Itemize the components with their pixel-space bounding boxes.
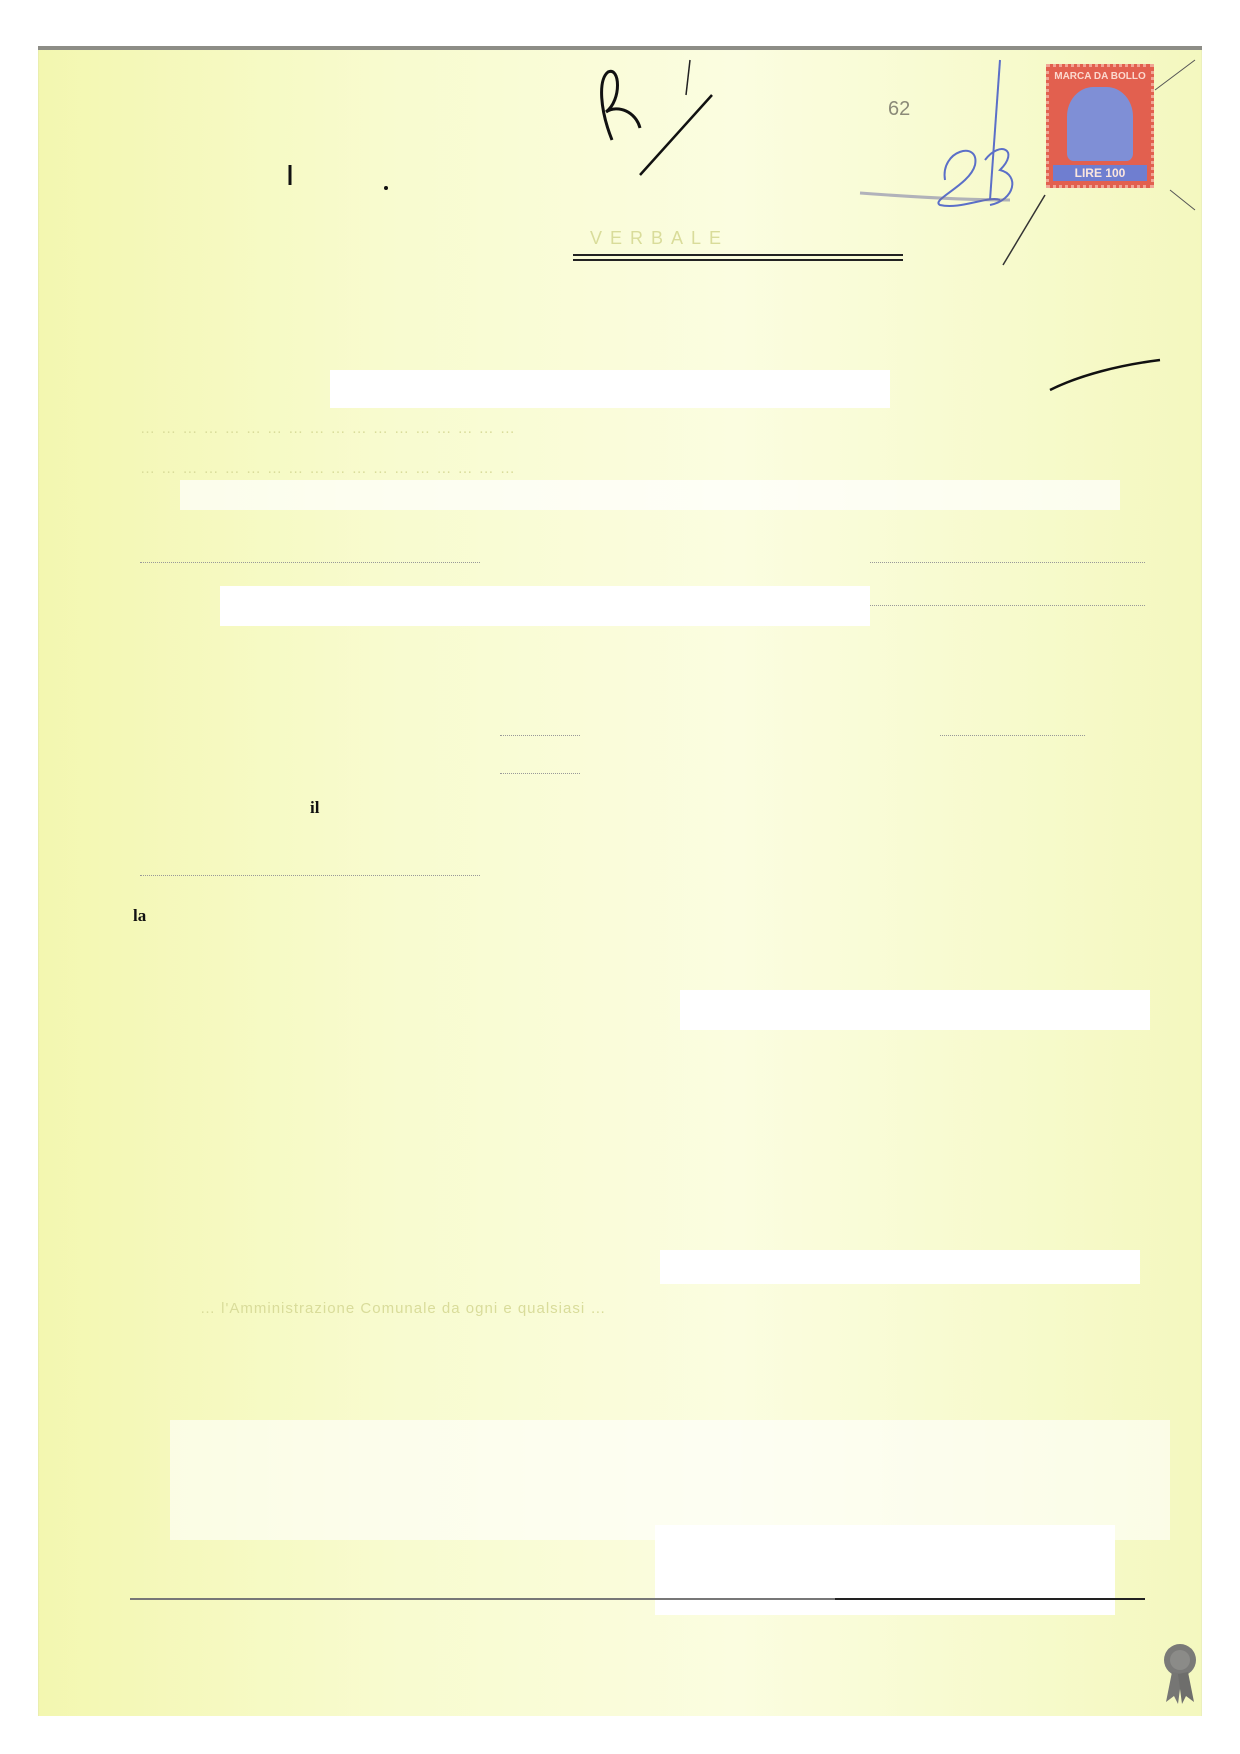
- stamp-portrait-icon: [1067, 87, 1133, 161]
- redacted-block: [660, 1250, 1140, 1284]
- redacted-block: [170, 1420, 1170, 1540]
- stamp-top-text: MARCA DA BOLLO: [1049, 71, 1151, 82]
- word-la: la: [133, 906, 146, 926]
- redacted-signature: [655, 1525, 1115, 1615]
- seal-ribbon-icon: [1160, 1640, 1200, 1710]
- signature-rule-dark: [835, 1598, 1145, 1600]
- form-line: [940, 735, 1085, 736]
- body-line: … … … … … … … … … … … … … … … … … …: [140, 420, 516, 437]
- body-line: … … … … … … … … … … … … … … … … … …: [140, 460, 516, 477]
- document-title: VERBALE: [590, 228, 729, 249]
- form-line: [500, 773, 580, 774]
- form-line: [140, 562, 480, 563]
- redacted-block: [180, 480, 1120, 510]
- title-underline-2: [573, 259, 903, 261]
- redacted-block: [330, 370, 890, 408]
- form-line: [870, 605, 1145, 606]
- title-underline: [573, 254, 903, 256]
- form-line: [140, 875, 480, 876]
- form-line: [870, 562, 1145, 563]
- revenue-stamp: MARCA DA BOLLO LIRE 100: [1046, 64, 1154, 188]
- word-il: il: [310, 798, 319, 818]
- redacted-block: [220, 586, 870, 626]
- stamp-mark-number: 62: [888, 98, 910, 121]
- form-line: [500, 735, 580, 736]
- body-line: … l'Amministrazione Comunale da ogni e q…: [200, 1300, 606, 1317]
- redacted-block: [680, 990, 1150, 1030]
- stamp-value: LIRE 100: [1053, 165, 1147, 181]
